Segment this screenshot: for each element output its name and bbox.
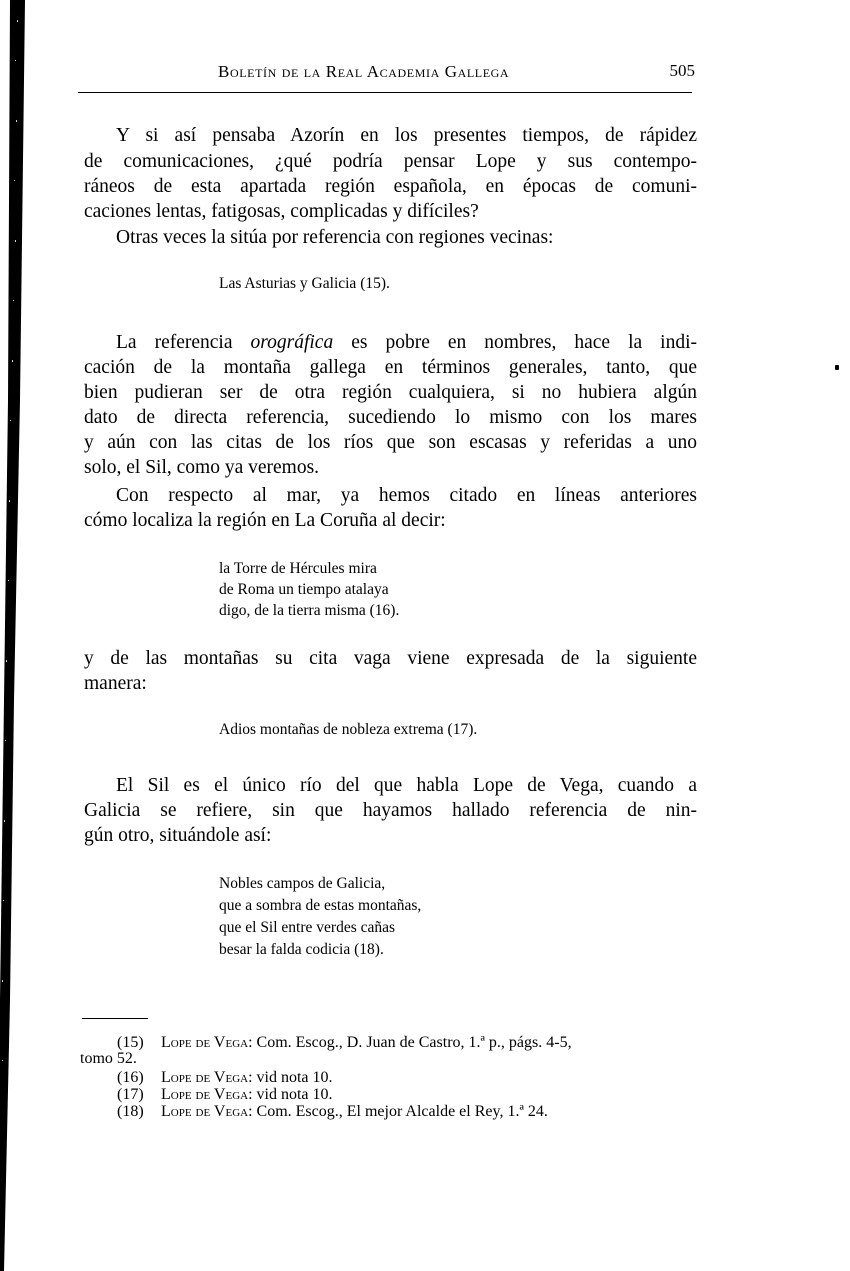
paragraph-1-line: Y si así pensaba Azorín en los presentes… bbox=[116, 124, 697, 148]
scan-speck bbox=[835, 365, 839, 370]
footnote-number: (17) bbox=[117, 1086, 144, 1104]
paragraph-4-line: Con respecto al mar, ya hemos citado en … bbox=[116, 484, 697, 508]
footnote-15-continuation: tomo 52. bbox=[80, 1050, 137, 1068]
running-head: Boletín de la Real Academia Gallega 505 bbox=[218, 62, 695, 82]
footnote-text: : Com. Escog., El mejor Alcalde el Rey, … bbox=[248, 1103, 548, 1120]
verse-quote-1: Las Asturias y Galicia (15). bbox=[219, 274, 390, 294]
paragraph-1-line: ráneos de esta apartada región española,… bbox=[84, 175, 697, 199]
footnote-author: Lope de Vega bbox=[161, 1086, 248, 1103]
paragraph-3-line: solo, el Sil, como ya veremos. bbox=[84, 456, 697, 480]
verse-quote-4-line: Nobles campos de Galicia, bbox=[219, 874, 385, 894]
paragraph-3-line: y aún con las citas de los ríos que son … bbox=[84, 431, 697, 455]
paragraph-3-line: La referencia orográfica es pobre en nom… bbox=[116, 331, 697, 355]
binding-edge-shadow bbox=[0, 0, 30, 1271]
paragraph-3-line: cación de la montaña gallega en términos… bbox=[84, 356, 697, 380]
footnote-body: Lope de Vega: Com. Escog., El mejor Alca… bbox=[161, 1103, 548, 1121]
footnote-text: : Com. Escog., D. Juan de Castro, 1.ª p.… bbox=[248, 1034, 572, 1051]
footnote-text: : vid nota 10. bbox=[248, 1069, 332, 1086]
paragraph-3-lead: La referencia bbox=[116, 332, 251, 353]
paragraph-4-line: cómo localiza la región en La Coruña al … bbox=[84, 509, 697, 533]
footnote-body: Lope de Vega: vid nota 10. bbox=[161, 1086, 333, 1104]
paragraph-5-line: manera: bbox=[84, 672, 697, 696]
footnote-author: Lope de Vega bbox=[161, 1034, 248, 1051]
paragraph-5-line: y de las montañas su cita vaga viene exp… bbox=[84, 647, 697, 671]
footnote-body: Lope de Vega: Com. Escog., D. Juan de Ca… bbox=[161, 1034, 572, 1052]
footnote-text: : vid nota 10. bbox=[248, 1086, 332, 1103]
journal-title: Boletín de la Real Academia Gallega bbox=[218, 62, 509, 82]
paragraph-6-line: Galicia se refiere, sin que hayamos hall… bbox=[84, 799, 697, 823]
footnote-author: Lope de Vega bbox=[161, 1069, 248, 1086]
footnote-number: (16) bbox=[117, 1069, 144, 1087]
verse-quote-3: Adios montañas de nobleza extrema (17). bbox=[219, 720, 477, 740]
verse-quote-4-line: que a sombra de estas montañas, bbox=[219, 896, 421, 916]
footnote-body: Lope de Vega: vid nota 10. bbox=[161, 1069, 333, 1087]
footnote-author: Lope de Vega bbox=[161, 1103, 248, 1120]
verse-quote-4-line: que el Sil entre verdes cañas bbox=[219, 918, 395, 938]
paragraph-1-line: de comunicaciones, ¿qué podría pensar Lo… bbox=[84, 150, 697, 174]
verse-quote-2-line: de Roma un tiempo atalaya bbox=[219, 580, 389, 600]
paragraph-2-line: Otras veces la sitúa por referencia con … bbox=[116, 226, 697, 250]
page-number: 505 bbox=[670, 61, 696, 81]
footnote-number: (18) bbox=[117, 1103, 144, 1121]
paragraph-1-line: caciones lentas, fatigosas, complicadas … bbox=[84, 200, 697, 224]
paragraph-3-line: bien pudieran ser de otra región cualqui… bbox=[84, 381, 697, 405]
footnote-rule bbox=[82, 1018, 148, 1019]
paragraph-3-rest: es pobre en nombres, hace la indi- bbox=[333, 332, 697, 353]
verse-quote-2-line: la Torre de Hércules mira bbox=[219, 559, 377, 579]
header-rule bbox=[78, 92, 692, 93]
paragraph-6-line: El Sil es el único río del que habla Lop… bbox=[116, 774, 697, 798]
paragraph-6-line: gún otro, situándole así: bbox=[84, 824, 697, 848]
verse-quote-4-line: besar la falda codicia (18). bbox=[219, 940, 384, 960]
paragraph-3-line: dato de directa referencia, sucediendo l… bbox=[84, 406, 697, 430]
emphasis-orografica: orográfica bbox=[251, 332, 334, 353]
verse-quote-2-line: digo, de la tierra misma (16). bbox=[219, 601, 399, 621]
